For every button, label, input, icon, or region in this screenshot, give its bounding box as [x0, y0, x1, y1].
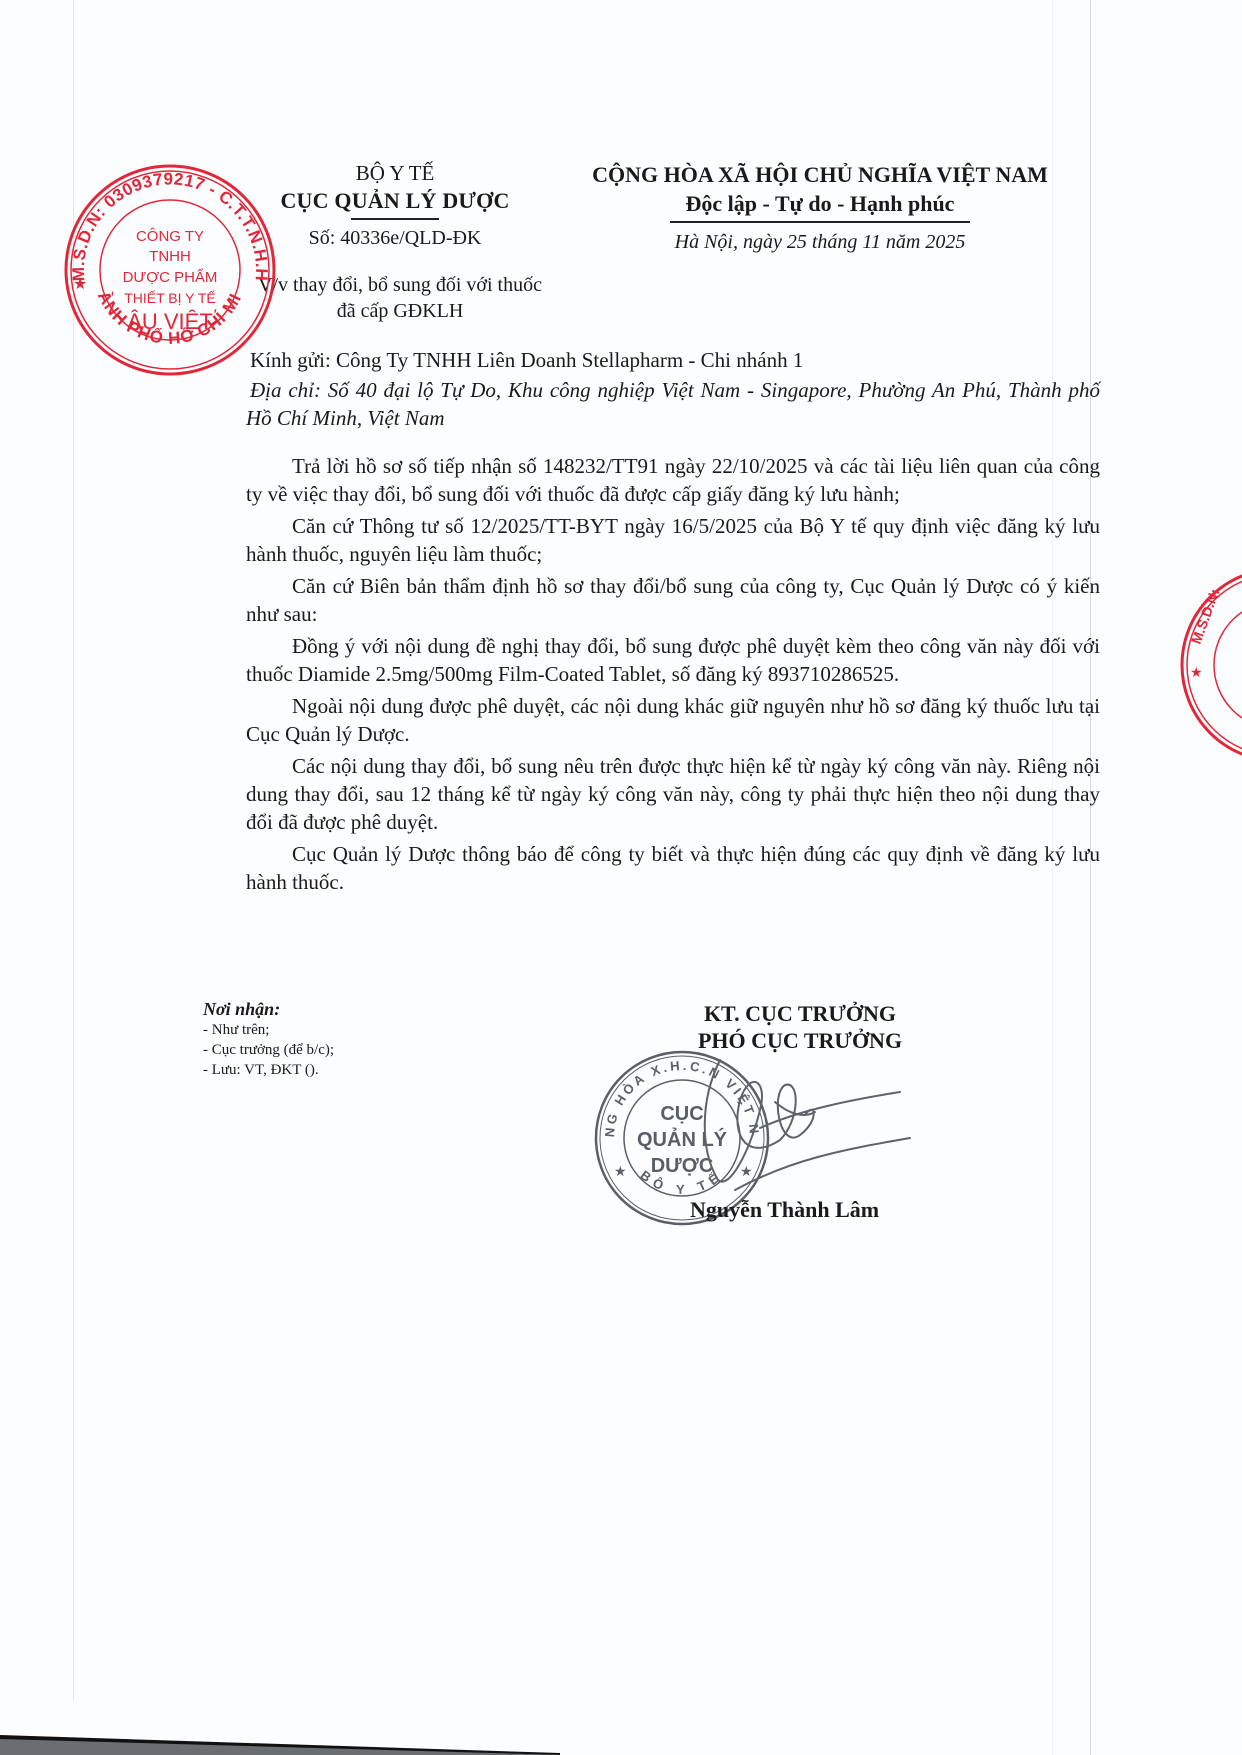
issuer-header: BỘ Y TẾ CỤC QUẢN LÝ DƯỢC Số: 40336e/QLD-…	[250, 160, 540, 252]
subject-line: V/v thay đổi, bổ sung đối với thuốc	[230, 272, 570, 298]
divider	[670, 221, 970, 223]
subject-line: đã cấp GĐKLH	[230, 298, 570, 324]
svg-text:★: ★	[1190, 666, 1203, 681]
divider	[351, 218, 439, 220]
national-header: CỘNG HÒA XÃ HỘI CHỦ NGHĨA VIỆT NAM Độc l…	[560, 160, 1080, 255]
svg-text:DƯỢC PHẨM: DƯỢC PHẨM	[123, 268, 218, 286]
signer-name: Nguyễn Thành Lâm	[690, 1197, 879, 1223]
company-seal-icon: M.S.D.N: 0309379217 - C.T.T.N.H.H THÀNH …	[63, 163, 277, 377]
svg-text:ÂU VIỆT: ÂU VIỆT	[127, 309, 213, 334]
receiver-item: - Như trên;	[203, 1020, 334, 1040]
recipient-address: Địa chỉ: Số 40 đại lộ Tự Do, Khu công ng…	[246, 376, 1100, 432]
receivers-block: Nơi nhận: - Như trên; - Cục trưởng (để b…	[203, 998, 334, 1080]
letter-body: Trả lời hồ sơ số tiếp nhận số 148232/TT9…	[246, 452, 1100, 900]
body-paragraph: Ngoài nội dung được phê duyệt, các nội d…	[246, 692, 1100, 748]
national-motto: Độc lập - Tự do - Hạnh phúc	[560, 190, 1080, 218]
document-page: BỘ Y TẾ CỤC QUẢN LÝ DƯỢC Số: 40336e/QLD-…	[0, 0, 1242, 1755]
document-subject: V/v thay đổi, bổ sung đối với thuốc đã c…	[230, 272, 570, 324]
svg-text:THIẾT BỊ Y TẾ: THIẾT BỊ Y TẾ	[124, 290, 216, 306]
company-seal-partial-icon: ★ M.S.D.N:	[1178, 565, 1242, 765]
body-paragraph: Căn cứ Thông tư số 12/2025/TT-BYT ngày 1…	[246, 512, 1100, 568]
svg-text:CÔNG TY: CÔNG TY	[136, 228, 204, 245]
scan-edge-shadow	[0, 1725, 1242, 1755]
department-name: CỤC QUẢN LÝ DƯỢC	[250, 186, 540, 216]
body-paragraph: Trả lời hồ sơ số tiếp nhận số 148232/TT9…	[246, 452, 1100, 508]
receiver-item: - Lưu: VT, ĐKT ().	[203, 1060, 334, 1080]
svg-text:M.S.D.N:: M.S.D.N:	[1188, 586, 1223, 646]
receiver-item: - Cục trưởng (để b/c);	[203, 1040, 334, 1060]
body-paragraph: Cục Quản lý Dược thông báo để công ty bi…	[246, 840, 1100, 896]
document-number: Số: 40336e/QLD-ĐK	[250, 224, 540, 252]
svg-text:TNHH: TNHH	[149, 248, 191, 265]
document-date: Hà Nội, ngày 25 tháng 11 năm 2025	[560, 229, 1080, 255]
signature-title: KT. CỤC TRƯỞNG	[640, 1000, 960, 1027]
handwritten-signature-icon	[600, 1040, 920, 1210]
nation-title: CỘNG HÒA XÃ HỘI CHỦ NGHĨA VIỆT NAM	[560, 160, 1080, 190]
body-paragraph: Đồng ý với nội dung đề nghị thay đổi, bổ…	[246, 632, 1100, 688]
receivers-title: Nơi nhận:	[203, 998, 334, 1020]
body-paragraph: Các nội dung thay đổi, bổ sung nêu trên …	[246, 752, 1100, 836]
body-paragraph: Căn cứ Biên bản thẩm định hồ sơ thay đổi…	[246, 572, 1100, 628]
ministry-name: BỘ Y TẾ	[250, 160, 540, 186]
recipient-line: Kính gửi: Công Ty TNHH Liên Doanh Stella…	[250, 346, 803, 374]
svg-text:★: ★	[73, 276, 87, 293]
